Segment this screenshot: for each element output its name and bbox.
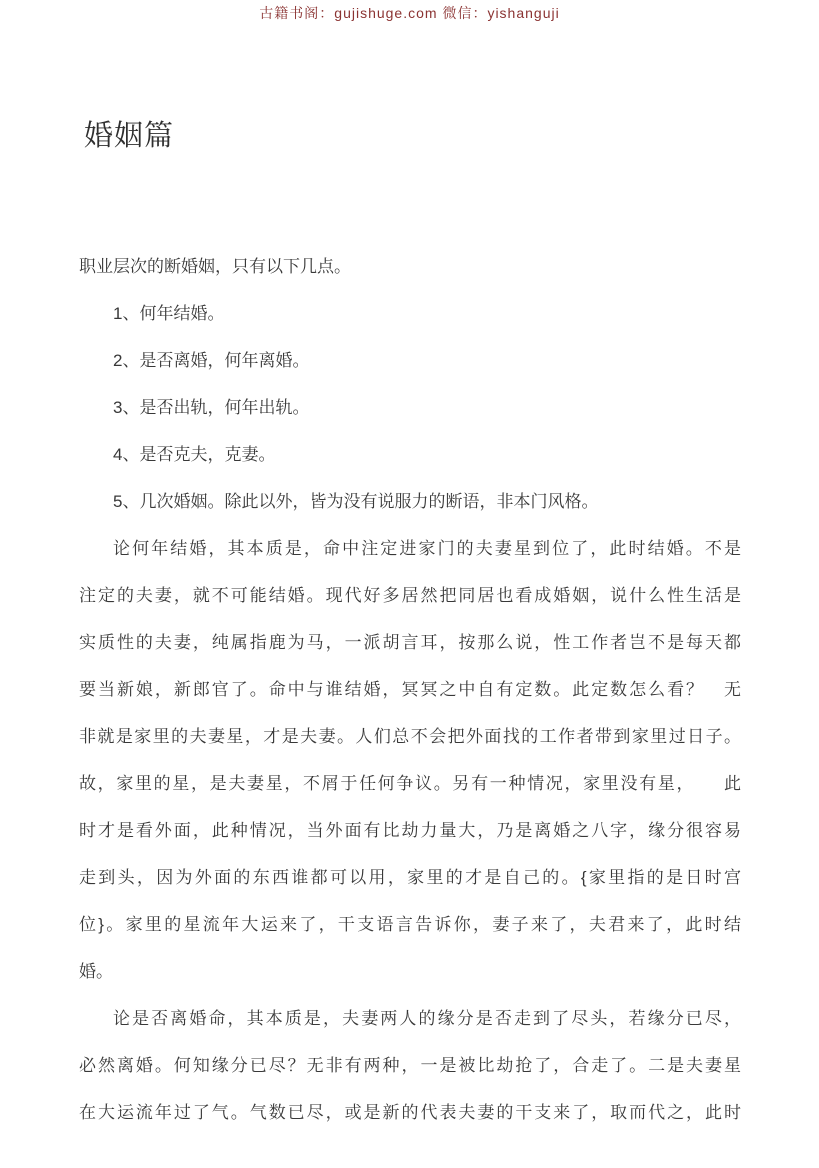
text-line: 1、何年结婚。: [79, 290, 741, 337]
text-line: 时才是看外面，此种情况，当外面有比劫力量大，乃是离婚之八字，缘分很容易: [79, 807, 741, 854]
document-body: 职业层次的断婚姻，只有以下几点。1、何年结婚。2、是否离婚，何年离婚。3、是否出…: [79, 243, 741, 1136]
text-line: 5、几次婚姻。除此以外，皆为没有说服力的断语，非本门风格。: [79, 478, 741, 525]
text-line: 在大运流年过了气。气数已尽，或是新的代表夫妻的干支来了，取而代之，此时: [79, 1089, 741, 1136]
text-line: 位}。家里的星流年大运来了，干支语言告诉你，妻子来了，夫君来了，此时结: [79, 901, 741, 948]
document-page: 古籍书阁：gujishuge.com 微信：yishanguji 婚姻篇 职业层…: [0, 0, 819, 1168]
text-line: 要当新娘，新郎官了。命中与谁结婚，冥冥之中自有定数。此定数怎么看？ 无: [79, 666, 741, 713]
text-line: 2、是否离婚，何年离婚。: [79, 337, 741, 384]
text-line: 职业层次的断婚姻，只有以下几点。: [79, 243, 741, 290]
text-line: 3、是否出轨，何年出轨。: [79, 384, 741, 431]
document-title: 婚姻篇: [84, 116, 174, 156]
text-line: 故，家里的星，是夫妻星，不屑于任何争议。另有一种情况，家里没有星， 此: [79, 760, 741, 807]
text-line: 实质性的夫妻，纯属指鹿为马，一派胡言耳，按那么说，性工作者岂不是每天都: [79, 619, 741, 666]
text-line: 婚。: [79, 948, 741, 995]
text-line: 4、是否克夫，克妻。: [79, 431, 741, 478]
text-line: 论何年结婚，其本质是，命中注定进家门的夫妻星到位了，此时结婚。不是: [79, 525, 741, 572]
text-line: 论是否离婚命，其本质是，夫妻两人的缘分是否走到了尽头，若缘分已尽，: [79, 995, 741, 1042]
watermark-header: 古籍书阁：gujishuge.com 微信：yishanguji: [0, 3, 819, 23]
text-line: 非就是家里的夫妻星，才是夫妻。人们总不会把外面找的工作者带到家里过日子。: [79, 713, 741, 760]
text-line: 必然离婚。何知缘分已尽？无非有两种，一是被比劫抢了，合走了。二是夫妻星: [79, 1042, 741, 1089]
text-line: 走到头，因为外面的东西谁都可以用，家里的才是自己的。{家里指的是日时宫: [79, 854, 741, 901]
text-line: 注定的夫妻，就不可能结婚。现代好多居然把同居也看成婚姻，说什么性生活是: [79, 572, 741, 619]
